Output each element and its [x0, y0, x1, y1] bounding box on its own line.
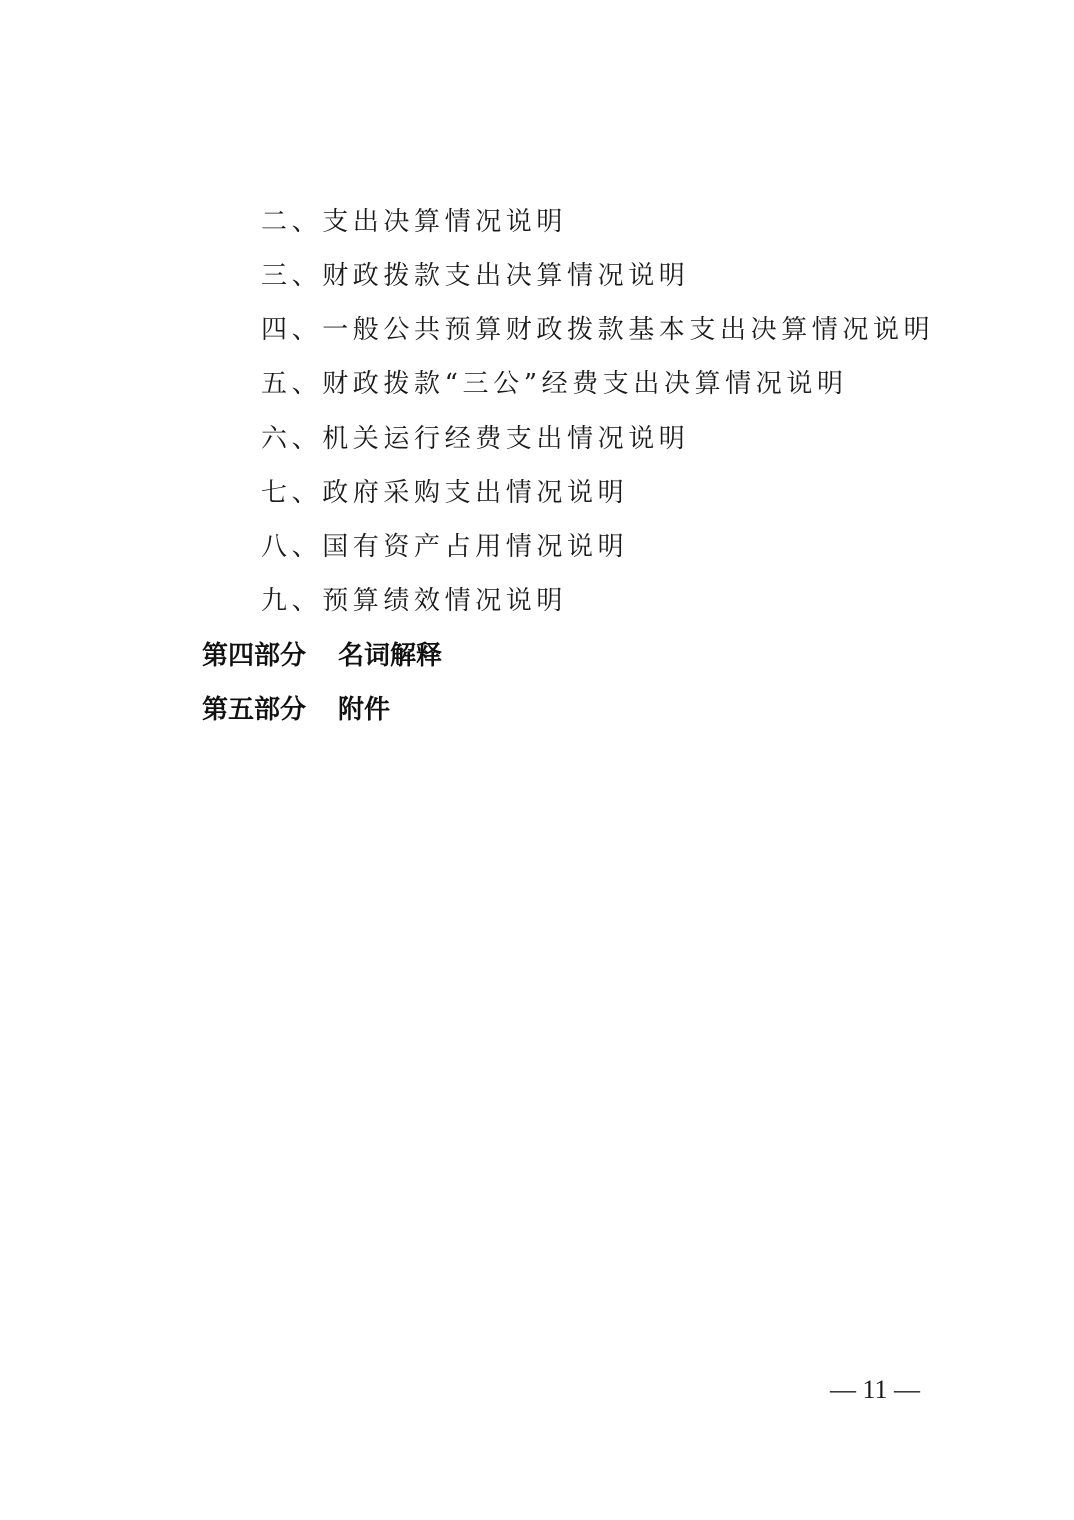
toc-item: 九、预算绩效情况说明: [261, 585, 567, 617]
toc-part-heading: 第四部分名词解释: [202, 640, 442, 672]
page-number: — 11 —: [830, 1375, 920, 1405]
part-title: 附件: [338, 695, 390, 725]
toc-item: 五、财政拨款“三公”经费支出决算情况说明: [261, 368, 848, 400]
toc-item: 二、支出决算情况说明: [261, 206, 567, 238]
part-number: 第四部分: [202, 641, 306, 671]
part-number: 第五部分: [202, 695, 306, 725]
toc-item: 七、政府采购支出情况说明: [261, 477, 628, 509]
toc-item: 六、机关运行经费支出情况说明: [261, 423, 689, 455]
toc-item: 八、国有资产占用情况说明: [261, 531, 628, 563]
toc-item: 三、财政拨款支出决算情况说明: [261, 260, 689, 292]
toc-part-heading: 第五部分附件: [202, 694, 390, 726]
toc-item: 四、一般公共预算财政拨款基本支出决算情况说明: [261, 314, 934, 346]
part-title: 名词解释: [338, 641, 442, 671]
